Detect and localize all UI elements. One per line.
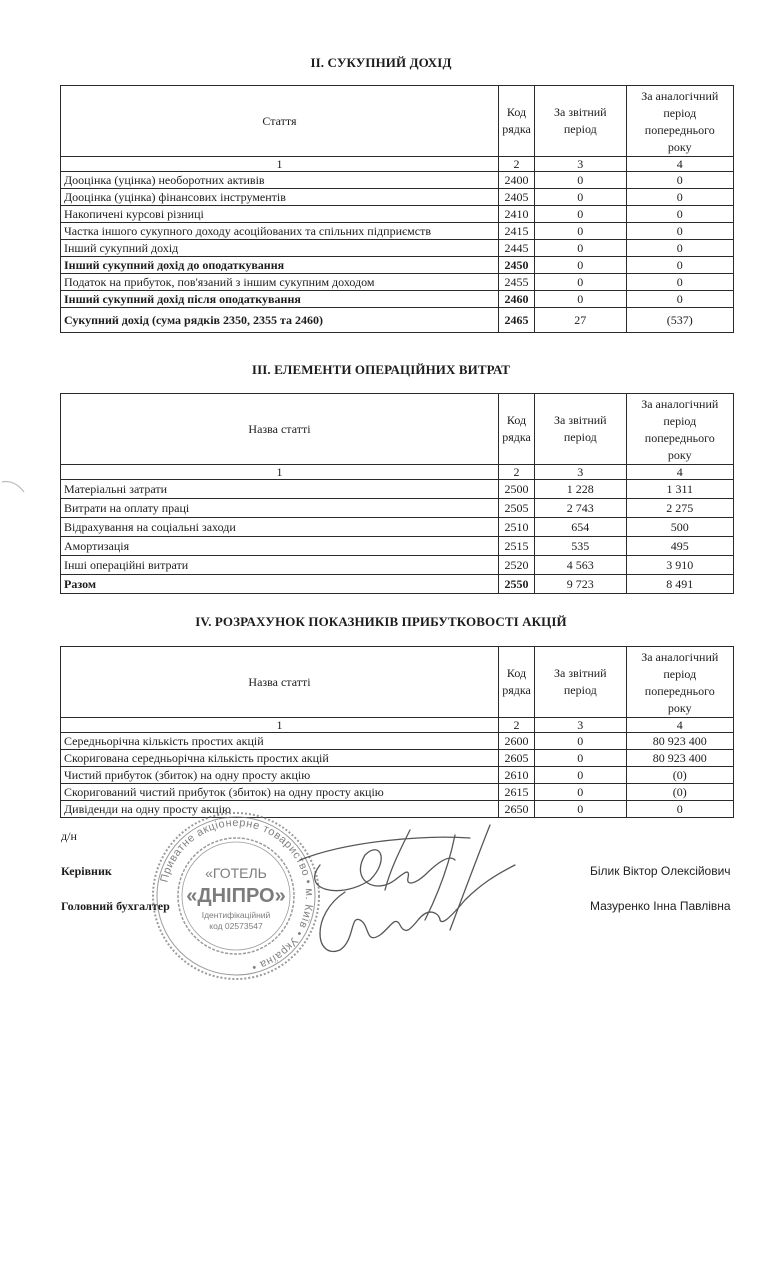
row-name: Матеріальні затрати — [61, 480, 499, 499]
col-number: 2 — [498, 718, 534, 733]
row-current-value: 0 — [535, 274, 626, 291]
row-current-value: 0 — [535, 801, 626, 818]
header-previous: За аналогічнийперіодпопередньогороку — [626, 394, 734, 465]
header-previous: За аналогічнийперіодпопередньогороку — [626, 86, 734, 157]
table-row: Інші операційні витрати25204 5633 910 — [61, 556, 734, 575]
row-current-value: 0 — [535, 784, 626, 801]
row-previous-value: (0) — [626, 784, 734, 801]
column-number-row: 1 2 3 4 — [61, 157, 734, 172]
row-name: Інший сукупний дохід після оподаткування — [61, 291, 499, 308]
row-code: 2515 — [498, 537, 534, 556]
row-previous-value: 0 — [626, 240, 734, 257]
table-row: Середньорічна кількість простих акцій260… — [61, 733, 734, 750]
table-row: Інший сукупний дохід244500 — [61, 240, 734, 257]
comprehensive-income-table: Стаття Кодрядка За звітнийперіод За анал… — [60, 85, 734, 333]
row-current-value: 0 — [535, 240, 626, 257]
header-previous: За аналогічнийперіодпопередньогороку — [626, 647, 734, 718]
row-previous-value: 0 — [626, 172, 734, 189]
table-row: Дооцінка (уцінка) фінансових інструменті… — [61, 189, 734, 206]
row-previous-value: 3 910 — [626, 556, 734, 575]
row-code: 2405 — [498, 189, 534, 206]
row-code: 2445 — [498, 240, 534, 257]
table-row: Дооцінка (уцінка) необоротних активів240… — [61, 172, 734, 189]
row-name: Накопичені курсові різниці — [61, 206, 499, 223]
row-current-value: 0 — [535, 172, 626, 189]
col-number: 1 — [61, 718, 499, 733]
col-number: 2 — [498, 465, 534, 480]
row-code: 2505 — [498, 499, 534, 518]
row-name: Витрати на оплату праці — [61, 499, 499, 518]
col-number: 4 — [626, 465, 734, 480]
row-code: 2615 — [498, 784, 534, 801]
table-row: Частка іншого сукупного доходу асоційова… — [61, 223, 734, 240]
row-name: Дооцінка (уцінка) необоротних активів — [61, 172, 499, 189]
row-code: 2460 — [498, 291, 534, 308]
row-code: 2550 — [498, 575, 534, 594]
row-current-value: 0 — [535, 189, 626, 206]
table-row: Сукупний дохід (сума рядків 2350, 2355 т… — [61, 308, 734, 333]
row-current-value: 0 — [535, 223, 626, 240]
column-number-row: 1 2 3 4 — [61, 465, 734, 480]
row-previous-value: 1 311 — [626, 480, 734, 499]
row-previous-value: 495 — [626, 537, 734, 556]
col-number: 1 — [61, 465, 499, 480]
row-previous-value: (0) — [626, 767, 734, 784]
section-4-title: IV. РОЗРАХУНОК ПОКАЗНИКІВ ПРИБУТКОВОСТІ … — [0, 614, 762, 630]
row-current-value: 0 — [535, 206, 626, 223]
svg-text:«ГОТЕЛЬ: «ГОТЕЛЬ — [205, 865, 267, 881]
table-header-row: Назва статті Кодрядка За звітнийперіод З… — [61, 647, 734, 718]
row-previous-value: 0 — [626, 274, 734, 291]
accountant-name: Мазуренко Інна Павлівна — [590, 899, 731, 913]
row-name: Амортизація — [61, 537, 499, 556]
row-code: 2610 — [498, 767, 534, 784]
row-code: 2400 — [498, 172, 534, 189]
table-row: Накопичені курсові різниці241000 — [61, 206, 734, 223]
row-name: Податок на прибуток, пов'язаний з іншим … — [61, 274, 499, 291]
row-current-value: 654 — [535, 518, 626, 537]
row-current-value: 0 — [535, 733, 626, 750]
row-previous-value: 500 — [626, 518, 734, 537]
svg-text:«ДНІПРО»: «ДНІПРО» — [186, 885, 286, 907]
row-code: 2605 — [498, 750, 534, 767]
row-current-value: 0 — [535, 750, 626, 767]
svg-text:Ідентифікаційний: Ідентифікаційний — [202, 910, 271, 920]
col-number: 2 — [498, 157, 534, 172]
col-number: 3 — [535, 157, 626, 172]
col-number: 3 — [535, 465, 626, 480]
row-code: 2600 — [498, 733, 534, 750]
row-previous-value: 0 — [626, 189, 734, 206]
row-previous-value: 0 — [626, 206, 734, 223]
header-current: За звітнийперіод — [535, 394, 626, 465]
row-current-value: 0 — [535, 291, 626, 308]
header-code: Кодрядка — [498, 647, 534, 718]
table-row: Матеріальні затрати25001 2281 311 — [61, 480, 734, 499]
row-previous-value: 0 — [626, 291, 734, 308]
header-name: Назва статті — [61, 394, 499, 465]
header-current: За звітнийперіод — [535, 647, 626, 718]
row-previous-value: (537) — [626, 308, 734, 333]
row-current-value: 1 228 — [535, 480, 626, 499]
director-label: Керівник — [61, 864, 112, 879]
row-name: Середньорічна кількість простих акцій — [61, 733, 499, 750]
row-code: 2465 — [498, 308, 534, 333]
row-previous-value: 0 — [626, 257, 734, 274]
row-current-value: 4 563 — [535, 556, 626, 575]
row-code: 2415 — [498, 223, 534, 240]
table-row: Амортизація2515535495 — [61, 537, 734, 556]
signatures-handwritten — [290, 820, 520, 970]
row-current-value: 27 — [535, 308, 626, 333]
row-name: Частка іншого сукупного доходу асоційова… — [61, 223, 499, 240]
table-header-row: Стаття Кодрядка За звітнийперіод За анал… — [61, 86, 734, 157]
row-current-value: 2 743 — [535, 499, 626, 518]
row-previous-value: 80 923 400 — [626, 733, 734, 750]
row-name: Скоригована середньорічна кількість прос… — [61, 750, 499, 767]
table-row: Витрати на оплату праці25052 7432 275 — [61, 499, 734, 518]
row-name: Інший сукупний дохід до оподаткування — [61, 257, 499, 274]
header-current: За звітнийперіод — [535, 86, 626, 157]
row-code: 2410 — [498, 206, 534, 223]
table-row: Податок на прибуток, пов'язаний з іншим … — [61, 274, 734, 291]
header-code: Кодрядка — [498, 394, 534, 465]
svg-text:код 02573547: код 02573547 — [209, 921, 263, 931]
col-number: 3 — [535, 718, 626, 733]
row-code: 2520 — [498, 556, 534, 575]
row-previous-value: 8 491 — [626, 575, 734, 594]
table-row: Чистий прибуток (збиток) на одну просту … — [61, 767, 734, 784]
director-name: Білик Віктор Олексійович — [590, 864, 731, 878]
row-name: Сукупний дохід (сума рядків 2350, 2355 т… — [61, 308, 499, 333]
row-code: 2455 — [498, 274, 534, 291]
row-code: 2510 — [498, 518, 534, 537]
header-code: Кодрядка — [498, 86, 534, 157]
table-row: Відрахування на соціальні заходи25106545… — [61, 518, 734, 537]
table-row: Інший сукупний дохід до оподаткування245… — [61, 257, 734, 274]
row-name: Дооцінка (уцінка) фінансових інструменті… — [61, 189, 499, 206]
row-code: 2450 — [498, 257, 534, 274]
row-name: Відрахування на соціальні заходи — [61, 518, 499, 537]
share-profitability-table: Назва статті Кодрядка За звітнийперіод З… — [60, 646, 734, 818]
row-current-value: 9 723 — [535, 575, 626, 594]
table-row: Разом25509 7238 491 — [61, 575, 734, 594]
column-number-row: 1 2 3 4 — [61, 718, 734, 733]
table-header-row: Назва статті Кодрядка За звітнийперіод З… — [61, 394, 734, 465]
header-name: Назва статті — [61, 647, 499, 718]
row-name: Скоригований чистий прибуток (збиток) на… — [61, 784, 499, 801]
table-row: Скоригована середньорічна кількість прос… — [61, 750, 734, 767]
row-code: 2500 — [498, 480, 534, 499]
footnote-no-data: д/н — [61, 829, 77, 844]
row-name: Разом — [61, 575, 499, 594]
row-current-value: 0 — [535, 257, 626, 274]
table-row: Інший сукупний дохід після оподаткування… — [61, 291, 734, 308]
row-previous-value: 2 275 — [626, 499, 734, 518]
col-number: 4 — [626, 157, 734, 172]
row-current-value: 0 — [535, 767, 626, 784]
row-previous-value: 80 923 400 — [626, 750, 734, 767]
section-2-title: II. СУКУПНИЙ ДОХІД — [0, 55, 762, 71]
row-name: Чистий прибуток (збиток) на одну просту … — [61, 767, 499, 784]
scan-artifact — [0, 470, 30, 500]
header-name: Стаття — [61, 86, 499, 157]
col-number: 1 — [61, 157, 499, 172]
row-name: Інший сукупний дохід — [61, 240, 499, 257]
table-row: Скоригований чистий прибуток (збиток) на… — [61, 784, 734, 801]
row-current-value: 535 — [535, 537, 626, 556]
row-code: 2650 — [498, 801, 534, 818]
row-name: Інші операційні витрати — [61, 556, 499, 575]
row-previous-value: 0 — [626, 801, 734, 818]
col-number: 4 — [626, 718, 734, 733]
row-previous-value: 0 — [626, 223, 734, 240]
section-3-title: III. ЕЛЕМЕНТИ ОПЕРАЦІЙНИХ ВИТРАТ — [0, 362, 762, 378]
operating-expenses-table: Назва статті Кодрядка За звітнийперіод З… — [60, 393, 734, 594]
